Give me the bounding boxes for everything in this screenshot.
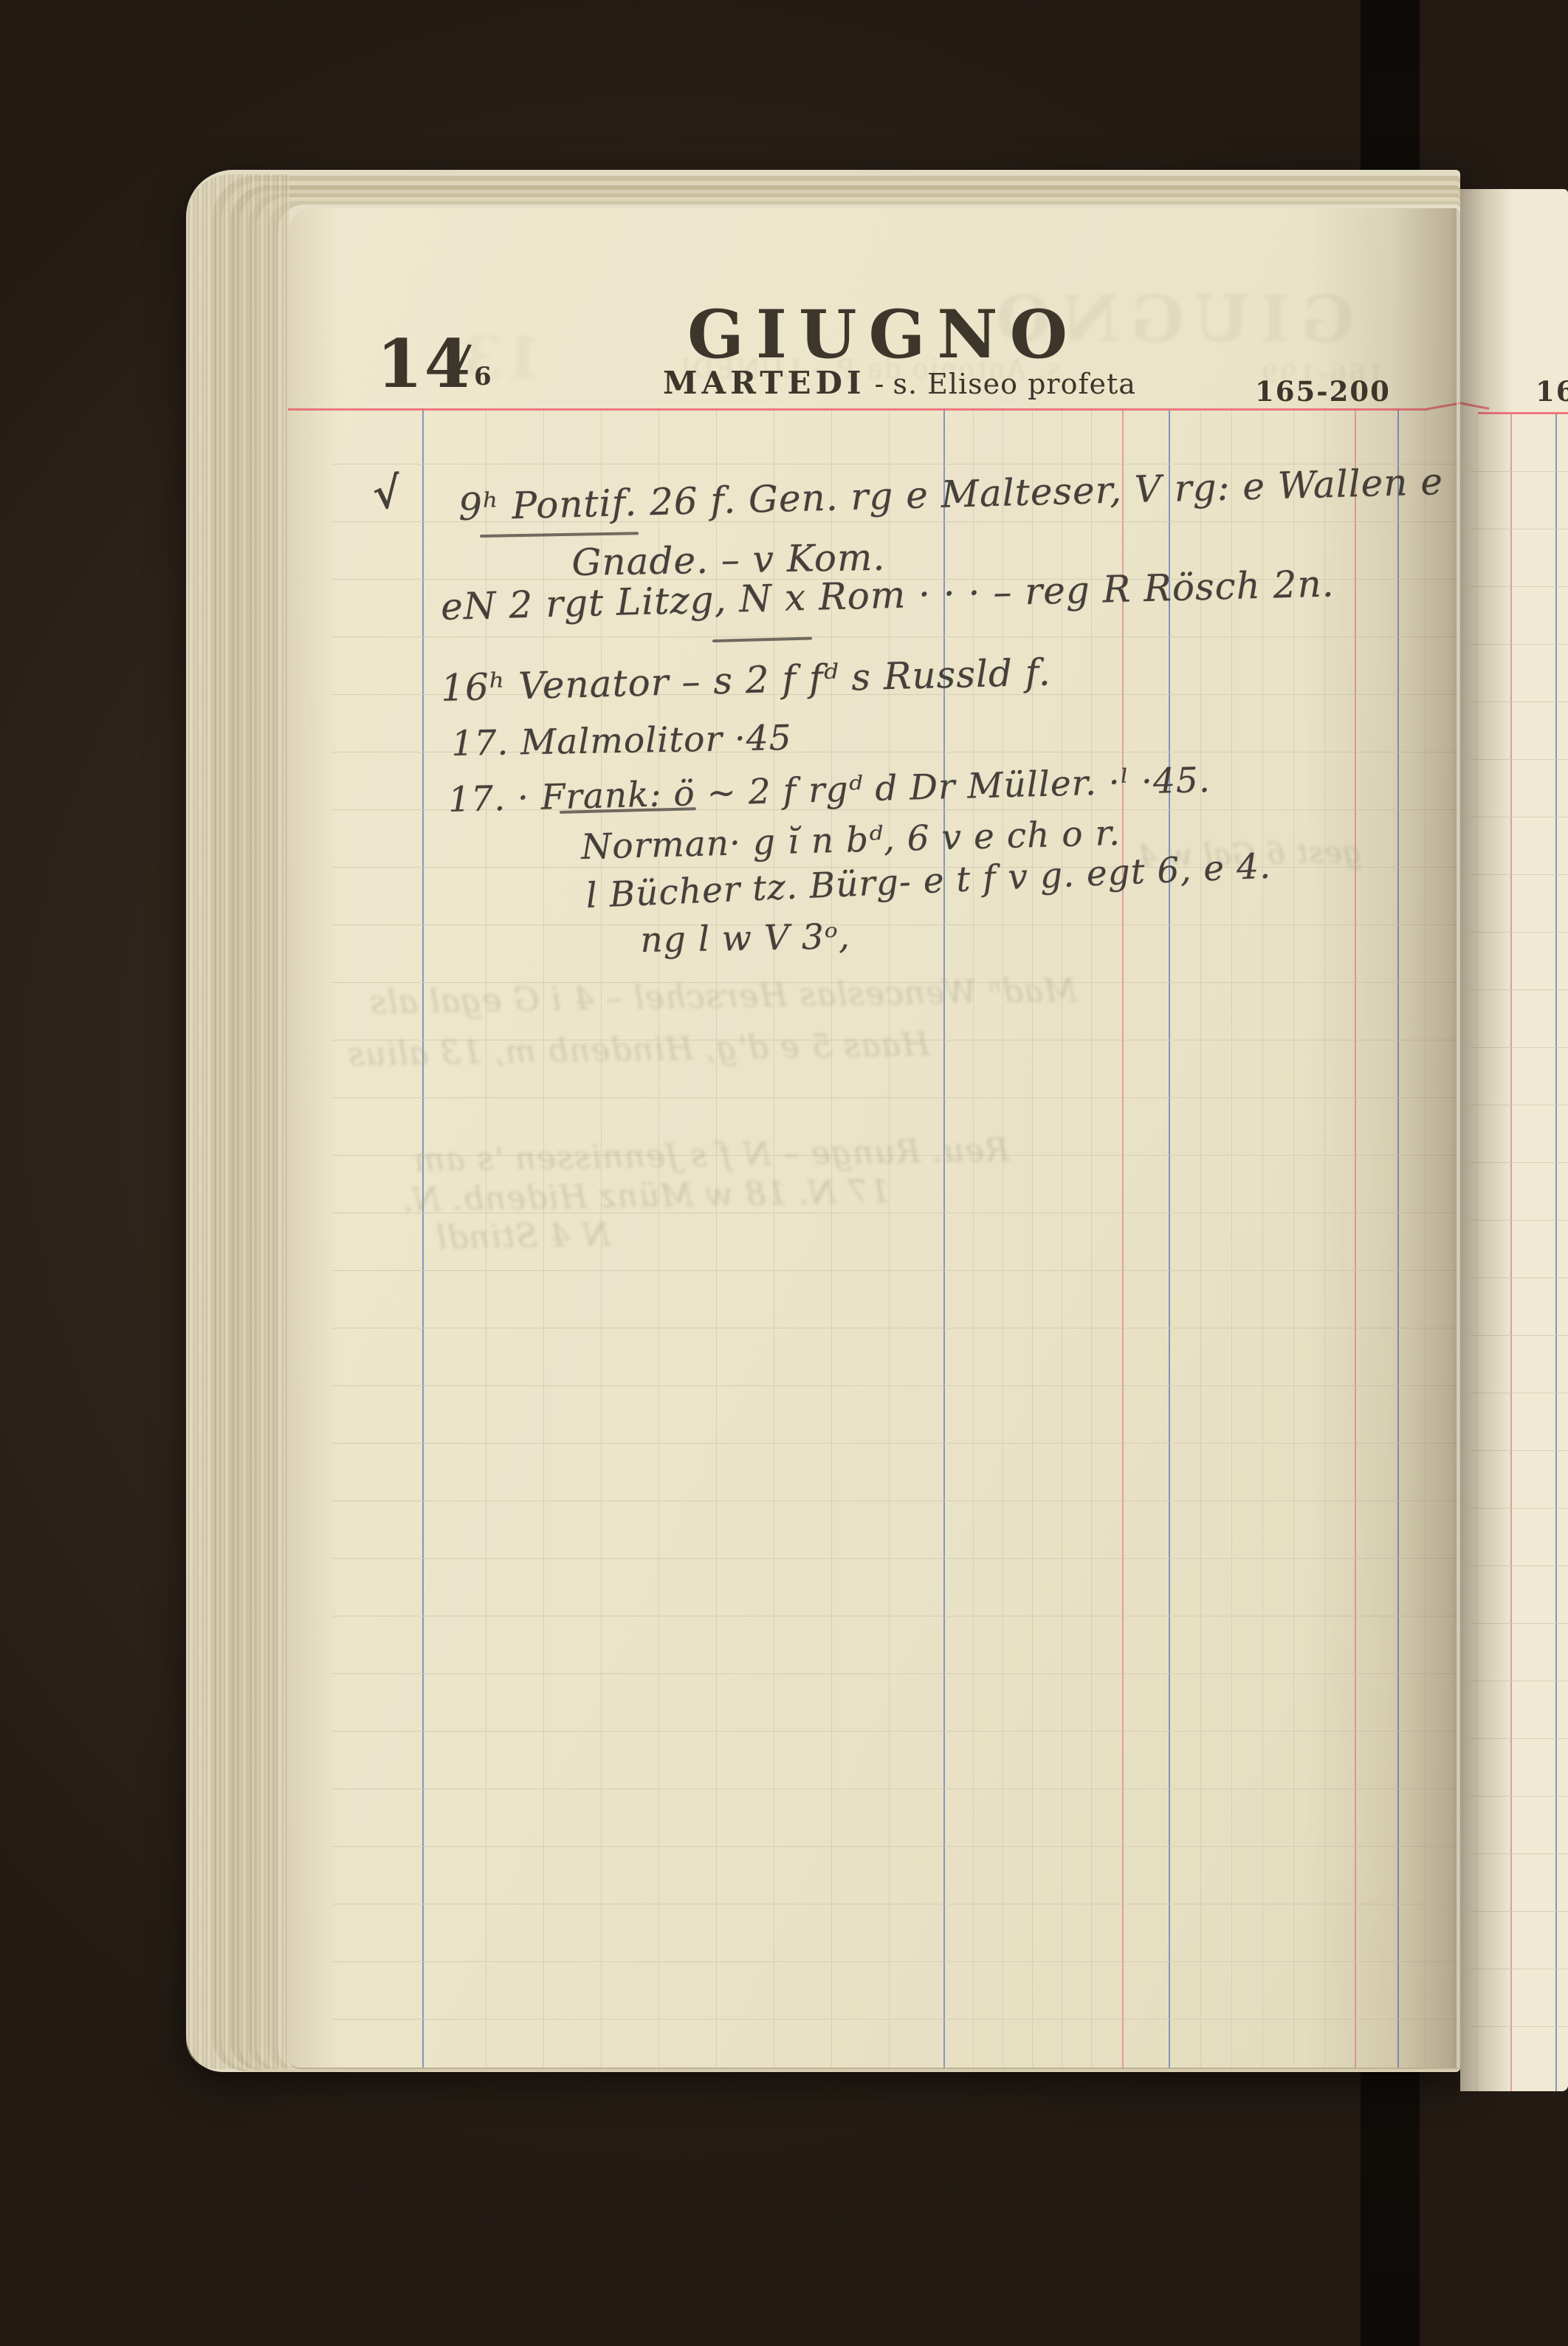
grid-line — [332, 1616, 1460, 1616]
bleedthrough-handwriting: N 4 Stindl — [436, 1216, 611, 1257]
ledger-rule-red — [1122, 408, 1124, 2068]
grid-line — [332, 1788, 1460, 1789]
grid-line — [332, 637, 1460, 637]
handwritten-line: 16ʰ Venator – s 2 f fᵈ s Russld f. — [440, 651, 1051, 710]
grid-line — [1091, 408, 1092, 2068]
grid-line — [1262, 408, 1263, 2068]
diary-next-page: 16 — [1460, 189, 1568, 2091]
bleedthrough-handwriting: Haas 5 e d'g, Hindenb m, 13 alius — [347, 1026, 930, 1074]
grid-line — [332, 1500, 1460, 1501]
handwritten-line: 17. Malmolitor ·45 — [451, 718, 792, 764]
grid-line — [332, 1097, 1460, 1098]
fold-shading — [1305, 208, 1460, 2068]
grid-line — [332, 1731, 1460, 1732]
photo-background: 16 GIUGNO 13 s. Antonio da P. - LUNEDI 1… — [0, 0, 1568, 2346]
grid-line — [332, 1846, 1460, 1847]
checkmark-annotation: √ — [371, 467, 404, 520]
grid-line — [332, 2019, 1460, 2020]
handwritten-line: 9ʰ Pontif. 26 f. Gen. rg e Malteser, V r… — [458, 460, 1443, 529]
grid-line — [774, 408, 774, 2068]
day-month-number: 6 — [474, 362, 492, 391]
grid-line — [332, 1385, 1460, 1386]
grid-line — [332, 1904, 1460, 1904]
grid-line — [1200, 408, 1201, 2068]
grid-line — [332, 925, 1460, 925]
grid-line — [332, 1961, 1460, 1962]
handwritten-underline — [712, 637, 812, 642]
bleedthrough-handwriting: Reu. Runge – N f s Jennissen 's am — [413, 1131, 1010, 1179]
fold-crease-highlight — [1457, 208, 1460, 2068]
grid-line — [1231, 408, 1232, 2068]
gutter-shadow — [1460, 189, 1513, 2091]
handwritten-line: ng l w V 3ᵒ, — [640, 916, 850, 961]
saint-of-day-label: s. Eliseo profeta — [893, 368, 1136, 400]
ledger-rule-blue — [1555, 414, 1557, 2091]
grid-line — [1293, 408, 1294, 2068]
handwritten-underline — [480, 532, 639, 538]
header-rule-red — [288, 408, 1428, 411]
page-curvature-shade-left — [288, 208, 340, 2068]
grid-line — [332, 1673, 1460, 1674]
grid-line — [332, 1270, 1460, 1271]
grid-line — [716, 408, 717, 2068]
bleedthrough-handwriting: Madⁿ Wenceslas Herschel – 4 i G egal als — [369, 972, 1078, 1022]
grid-line — [332, 1558, 1460, 1559]
grid-line — [332, 1328, 1460, 1328]
month-title: GIUGNO — [687, 295, 1079, 374]
grid-line — [659, 408, 659, 2068]
grid-line — [1062, 408, 1062, 2068]
weekday-row: MARTEDI-s. Eliseo profeta — [663, 365, 1136, 401]
page-edge-texture — [186, 174, 289, 2069]
ledger-rule-blue — [1169, 408, 1170, 2068]
grid-line — [332, 1443, 1460, 1444]
weekday-separator: - — [866, 368, 893, 400]
diary-page: GIUGNO 13 s. Antonio da P. - LUNEDI 166-… — [288, 208, 1460, 2069]
weekday-label: MARTEDI — [663, 365, 866, 401]
ledger-rule-blue — [422, 408, 424, 2068]
next-page-range: 16 — [1536, 375, 1568, 408]
